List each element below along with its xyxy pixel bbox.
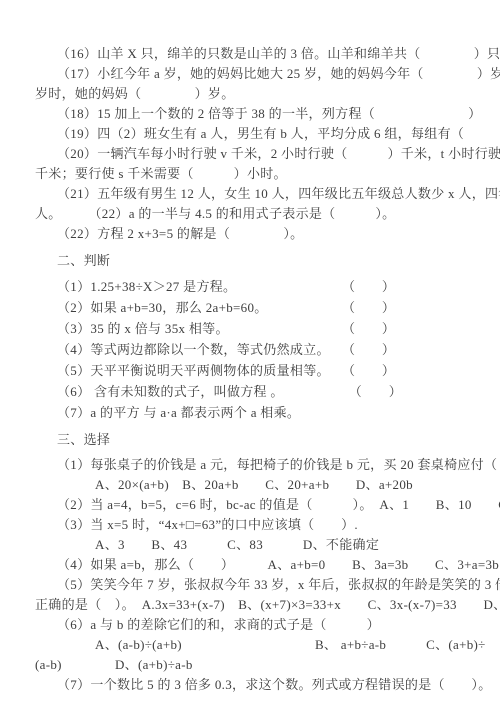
- answer-blank: （ ）: [320, 381, 402, 402]
- choice-item-3-options: A、3 B、43 C、83 D、不能确定: [35, 535, 480, 555]
- fill-item-21-cont: 人。 （22）a 的一半与 4.5 的和用式子表示是（ ）。: [35, 204, 480, 224]
- choice-item-1: （1）每张桌子的价钱是 a 元，每把椅子的价钱是 b 元，买 20 套桌椅应付（…: [35, 455, 480, 475]
- worksheet-page: （16）山羊 X 只，绵羊的只数是山羊的 3 倍。山羊和绵羊共（ ）只。 （17…: [0, 0, 500, 707]
- choice-item-6-options: A、(a-b)÷(a+b) B、 a+b÷a-b C、(a+b)÷: [35, 635, 480, 655]
- fill-item-20-cont: 千米；要行使 s 千米需要（ ）小时。: [35, 164, 480, 184]
- judge-item-6: （6） 含有未知数的式子，叫做方程 。 （ ）: [35, 381, 480, 402]
- judge-item-5: （5）天平平衡说明天平两侧物体的质量相等。 （ ）: [35, 360, 480, 381]
- judge-item-text: （3）35 的 x 倍与 35x 相等。: [57, 321, 229, 336]
- answer-blank: （ ）: [320, 297, 395, 318]
- fill-item-20: （20）一辆汽车每小时行驶 v 千米，2 小时行驶（ ）千米，t 小时行驶（ ）: [35, 144, 480, 164]
- section-heading-choice: 三、选择: [35, 430, 480, 450]
- fill-item-22: （22）方程 2 x+3=5 的解是（ ）。: [35, 224, 480, 244]
- section-heading-judgment: 二、判断: [35, 251, 480, 271]
- judge-item-text: （5）天平平衡说明天平两侧物体的质量相等。: [57, 363, 330, 378]
- judge-item-3: （3）35 的 x 倍与 35x 相等。 （ ）: [35, 318, 480, 339]
- judge-item-text: （7）a 的平方 与 a·a 都表示两个 a 相乘。: [57, 405, 300, 420]
- choice-item-1-options: A、20×(a+b) B、20a+b C、20+a+b D、a+20b: [35, 475, 480, 495]
- fill-item-17: （17）小红今年 a 岁，她的妈妈比她大 25 岁，她的妈妈今年（ ）岁。当小红…: [35, 64, 480, 84]
- answer-blank: （ ）: [320, 339, 395, 360]
- judge-item-2: （2）如果 a+b=30，那么 2a+b=60。 （ ）: [35, 297, 480, 318]
- fill-item-17-cont: 岁时，她的妈妈（ ）岁。: [35, 84, 480, 104]
- fill-item-19: （19）四（2）班女生有 a 人，男生有 b 人，平均分成 6 组，每组有（ ）…: [35, 124, 480, 144]
- choice-item-5-cont: 正确的是（ ）。 A.3x=33+(x-7) B、(x+7)×3=33+x C、…: [35, 595, 480, 615]
- judge-item-text: （4）等式两边都除以一个数，等式仍然成立。: [57, 342, 330, 357]
- choice-item-6: （6）a 与 b 的差除它们的和，求商的式子是（ ）: [35, 615, 480, 635]
- judge-item-1: （1）1.25+38÷X＞27 是方程。 （ ）: [35, 276, 480, 297]
- fill-item-21: （21）五年级有男生 12 人，女生 10 人，四年级比五年级总人数少 x 人，…: [35, 184, 480, 204]
- answer-blank: （ ）: [320, 276, 395, 297]
- choice-item-3: （3）当 x=5 时，“4x+□=63”的口中应该填（ ）.: [35, 515, 480, 535]
- judge-item-text: （6） 含有未知数的式子，叫做方程 。: [57, 384, 284, 399]
- judge-item-4: （4）等式两边都除以一个数，等式仍然成立。 （ ）: [35, 339, 480, 360]
- answer-blank: （ ）: [320, 360, 395, 381]
- judge-item-text: （2）如果 a+b=30，那么 2a+b=60。: [57, 300, 268, 315]
- choice-item-4: （4）如果 a=b，那么（ ） A、a+b=0 B、3a=3b C、3+a=3b: [35, 555, 480, 575]
- fill-item-16: （16）山羊 X 只，绵羊的只数是山羊的 3 倍。山羊和绵羊共（ ）只。: [35, 44, 480, 64]
- choice-item-2: （2）当 a=4，b=5，c=6 时，bc-ac 的值是（ ）。 A、1 B、1…: [35, 495, 480, 515]
- judge-item-text: （1）1.25+38÷X＞27 是方程。: [57, 279, 236, 294]
- choice-item-7: （7）一个数比 5 的 3 倍多 0.3，求这个数。列式或方程错误的是（ ）。: [35, 675, 480, 695]
- fill-item-18: （18）15 加上一个数的 2 倍等于 38 的一半，列方程（ ）: [35, 104, 480, 124]
- answer-blank: （ ）: [320, 318, 395, 339]
- judge-item-7: （7）a 的平方 与 a·a 都表示两个 a 相乘。: [35, 402, 480, 423]
- choice-item-5: （5）笑笑今年 7 岁，张叔叔今年 33 岁，x 年后，张叔叔的年龄是笑笑的 3…: [35, 575, 480, 595]
- choice-item-6-cont: (a-b) D、(a+b)÷a-b: [35, 655, 480, 675]
